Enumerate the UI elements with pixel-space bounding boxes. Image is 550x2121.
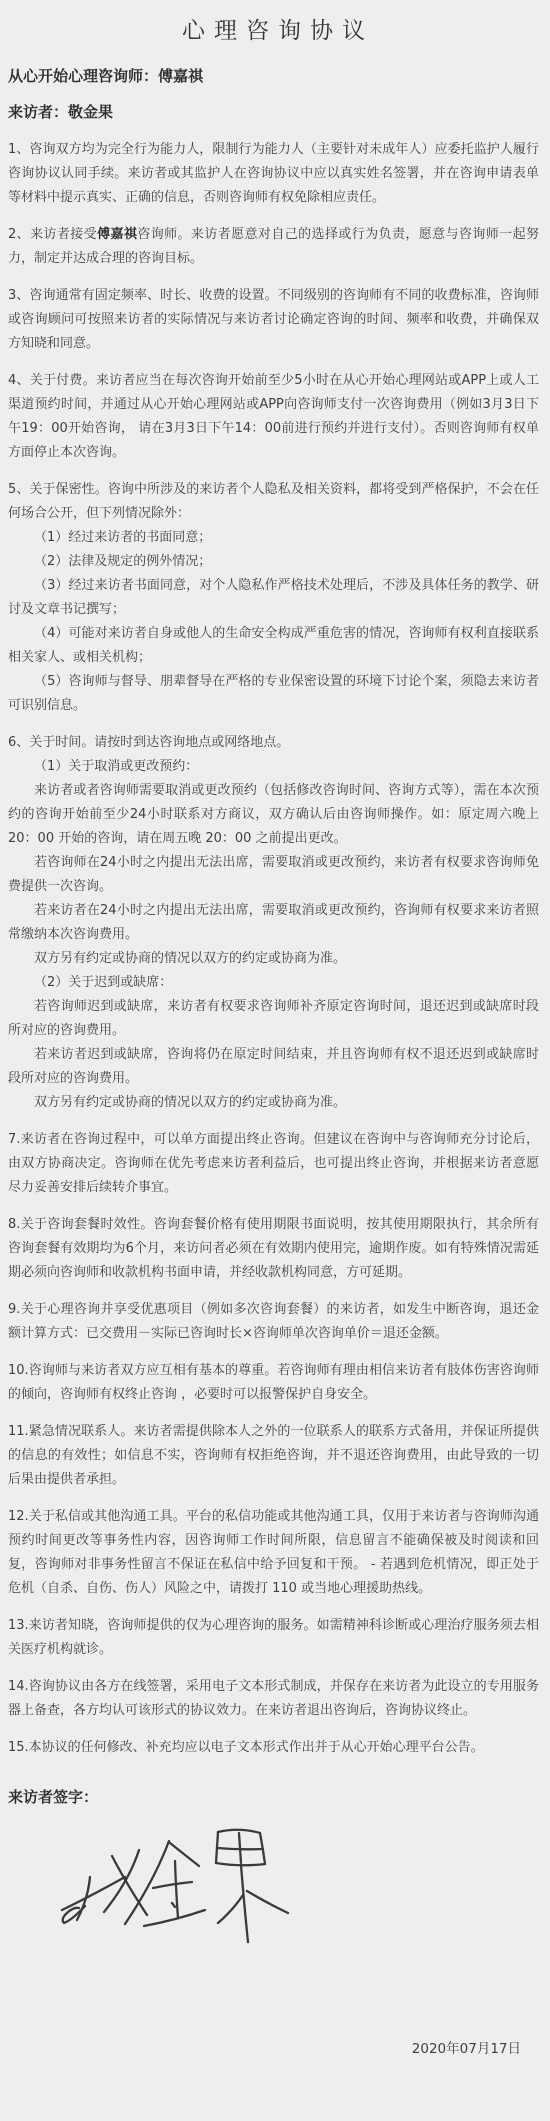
clause-line: （2）法律及规定的例外情况； [8, 550, 539, 574]
clause-line: （2）关于迟到或缺席： [8, 971, 539, 995]
clause-line: 12.关于私信或其他沟通工具。平台的私信功能或其他沟通工具，仅用于来访者与咨询师… [8, 1505, 539, 1601]
clause: 14.咨询协议由各方在线签署，采用电子文本形式制成，并保存在来访者为此设立的专用… [8, 1675, 539, 1723]
clause: 15.本协议的任何修改、补充均应以电子文本形式作出并于从心开始心理平台公告。 [8, 1736, 539, 1760]
clause-line: （4）可能对来访者自身或他人的生命安全构成严重危害的情况，咨询师有权利直接联系相… [8, 622, 539, 670]
clause-line: 11.紧急情况联系人。来访者需提供除本人之外的一位联系人的联系方式备用，并保证所… [8, 1420, 539, 1492]
clause-line: （5）咨询师与督导、朋辈督导在严格的专业保密设置的环境下讨论个案，须隐去来访者可… [8, 670, 539, 718]
visitor-signature [46, 1811, 539, 1971]
clause: 8.关于咨询套餐时效性。咨询套餐价格有使用期限书面说明，按其使用期限执行，其余所… [8, 1213, 539, 1285]
clause-line: 2、来访者接受傅嘉祺咨询师。来访者愿意对自己的选择或行为负责，愿意与咨询师一起努… [8, 223, 539, 271]
clause: 11.紧急情况联系人。来访者需提供除本人之外的一位联系人的联系方式备用，并保证所… [8, 1420, 539, 1492]
clause-line: 4、关于付费。来访者应当在每次咨询开始前至少5小时在从心开始心理网站或APP上或… [8, 369, 539, 465]
clause: 13.来访者知晓，咨询师提供的仅为心理咨询的服务。如需精神科诊断或心理治疗服务须… [8, 1614, 539, 1662]
clause-line: 1、咨询双方均为完全行为能力人，限制行为能力人（主要针对未成年人）应委托监护人履… [8, 138, 539, 210]
clause: 3、咨询通常有固定频率、时长、收费的设置。不同级别的咨询师有不同的收费标准，咨询… [8, 284, 539, 356]
clause: 6、关于时间。请按时到达咨询地点或网络地点。（1）关于取消或更改预约：来访者或者… [8, 731, 539, 1115]
clause-line: 若咨询师在24小时之内提出无法出席，需要取消或更改预约，来访者有权要求咨询师免费… [8, 851, 539, 899]
clause-line: 双方另有约定或协商的情况以双方的约定或协商为准。 [8, 1091, 539, 1115]
clause-line: （3）经过来访者书面同意，对个人隐私作严格技术处理后，不涉及具体任务的教学、研讨… [8, 574, 539, 622]
clause-line: （1）经过来访者的书面同意； [8, 526, 539, 550]
clause-line: （1）关于取消或更改预约： [8, 755, 539, 779]
clause-line: 5、关于保密性。咨询中所涉及的来访者个人隐私及相关资料，都将受到严格保护，不会在… [8, 478, 539, 526]
clause: 1、咨询双方均为完全行为能力人，限制行为能力人（主要针对未成年人）应委托监护人履… [8, 138, 539, 210]
clause: 9.关于心理咨询并享受优惠项目（例如多次咨询套餐）的来访者，如发生中断咨询，退还… [8, 1298, 539, 1346]
agreement-document: 心理咨询协议 从心开始心理咨询师：傅嘉祺 来访者：敬金果 1、咨询双方均为完全行… [0, 0, 550, 2121]
clause: 12.关于私信或其他沟通工具。平台的私信功能或其他沟通工具，仅用于来访者与咨询师… [8, 1505, 539, 1601]
clause-line: 6、关于时间。请按时到达咨询地点或网络地点。 [8, 731, 539, 755]
clause-line: 若来访者迟到或缺席，咨询将仍在原定时间结束，并且咨询师有权不退还迟到或缺席时段所… [8, 1043, 539, 1091]
clause: 10.咨询师与来访者双方应互相有基本的尊重。若咨询师有理由相信来访者有肢体伤害咨… [8, 1359, 539, 1407]
clause-line: 7.来访者在咨询过程中，可以单方面提出终止咨询。但建议在咨询中与咨询师充分讨论后… [8, 1128, 539, 1200]
counselor-line: 从心开始心理咨询师：傅嘉祺 [8, 65, 539, 86]
visitor-line: 来访者：敬金果 [8, 101, 539, 122]
clause-line: 9.关于心理咨询并享受优惠项目（例如多次咨询套餐）的来访者，如发生中断咨询，退还… [8, 1298, 539, 1346]
signature-date: 2020年07月17日 [8, 2037, 539, 2057]
clauses-list: 1、咨询双方均为完全行为能力人，限制行为能力人（主要针对未成年人）应委托监护人履… [8, 138, 539, 1760]
clause: 4、关于付费。来访者应当在每次咨询开始前至少5小时在从心开始心理网站或APP上或… [8, 369, 539, 465]
page-title: 心理咨询协议 [8, 12, 539, 45]
signature-label: 来访者签字： [8, 1786, 539, 1807]
clause: 7.来访者在咨询过程中，可以单方面提出终止咨询。但建议在咨询中与咨询师充分讨论后… [8, 1128, 539, 1200]
clause-line: 14.咨询协议由各方在线签署，采用电子文本形式制成，并保存在来访者为此设立的专用… [8, 1675, 539, 1723]
clause: 2、来访者接受傅嘉祺咨询师。来访者愿意对自己的选择或行为负责，愿意与咨询师一起努… [8, 223, 539, 271]
clause: 5、关于保密性。咨询中所涉及的来访者个人隐私及相关资料，都将受到严格保护，不会在… [8, 478, 539, 718]
clause-line: 15.本协议的任何修改、补充均应以电子文本形式作出并于从心开始心理平台公告。 [8, 1736, 539, 1760]
clause-line: 8.关于咨询套餐时效性。咨询套餐价格有使用期限书面说明，按其使用期限执行，其余所… [8, 1213, 539, 1285]
clause-line: 双方另有约定或协商的情况以双方的约定或协商为准。 [8, 947, 539, 971]
clause-line: 若来访者在24小时之内提出无法出席，需要取消或更改预约，咨询师有权要求来访者照常… [8, 899, 539, 947]
clause-line: 13.来访者知晓，咨询师提供的仅为心理咨询的服务。如需精神科诊断或心理治疗服务须… [8, 1614, 539, 1662]
clause-line: 10.咨询师与来访者双方应互相有基本的尊重。若咨询师有理由相信来访者有肢体伤害咨… [8, 1359, 539, 1407]
clause-line: 来访者或者咨询师需要取消或更改预约（包括修改咨询时间、咨询方式等），需在本次预约… [8, 779, 539, 851]
signature-drawing-icon [46, 1811, 306, 1971]
clause-line: 3、咨询通常有固定频率、时长、收费的设置。不同级别的咨询师有不同的收费标准，咨询… [8, 284, 539, 356]
clause-line: 若咨询师迟到或缺席，来访者有权要求咨询师补齐原定咨询时间，退还迟到或缺席时段所对… [8, 995, 539, 1043]
